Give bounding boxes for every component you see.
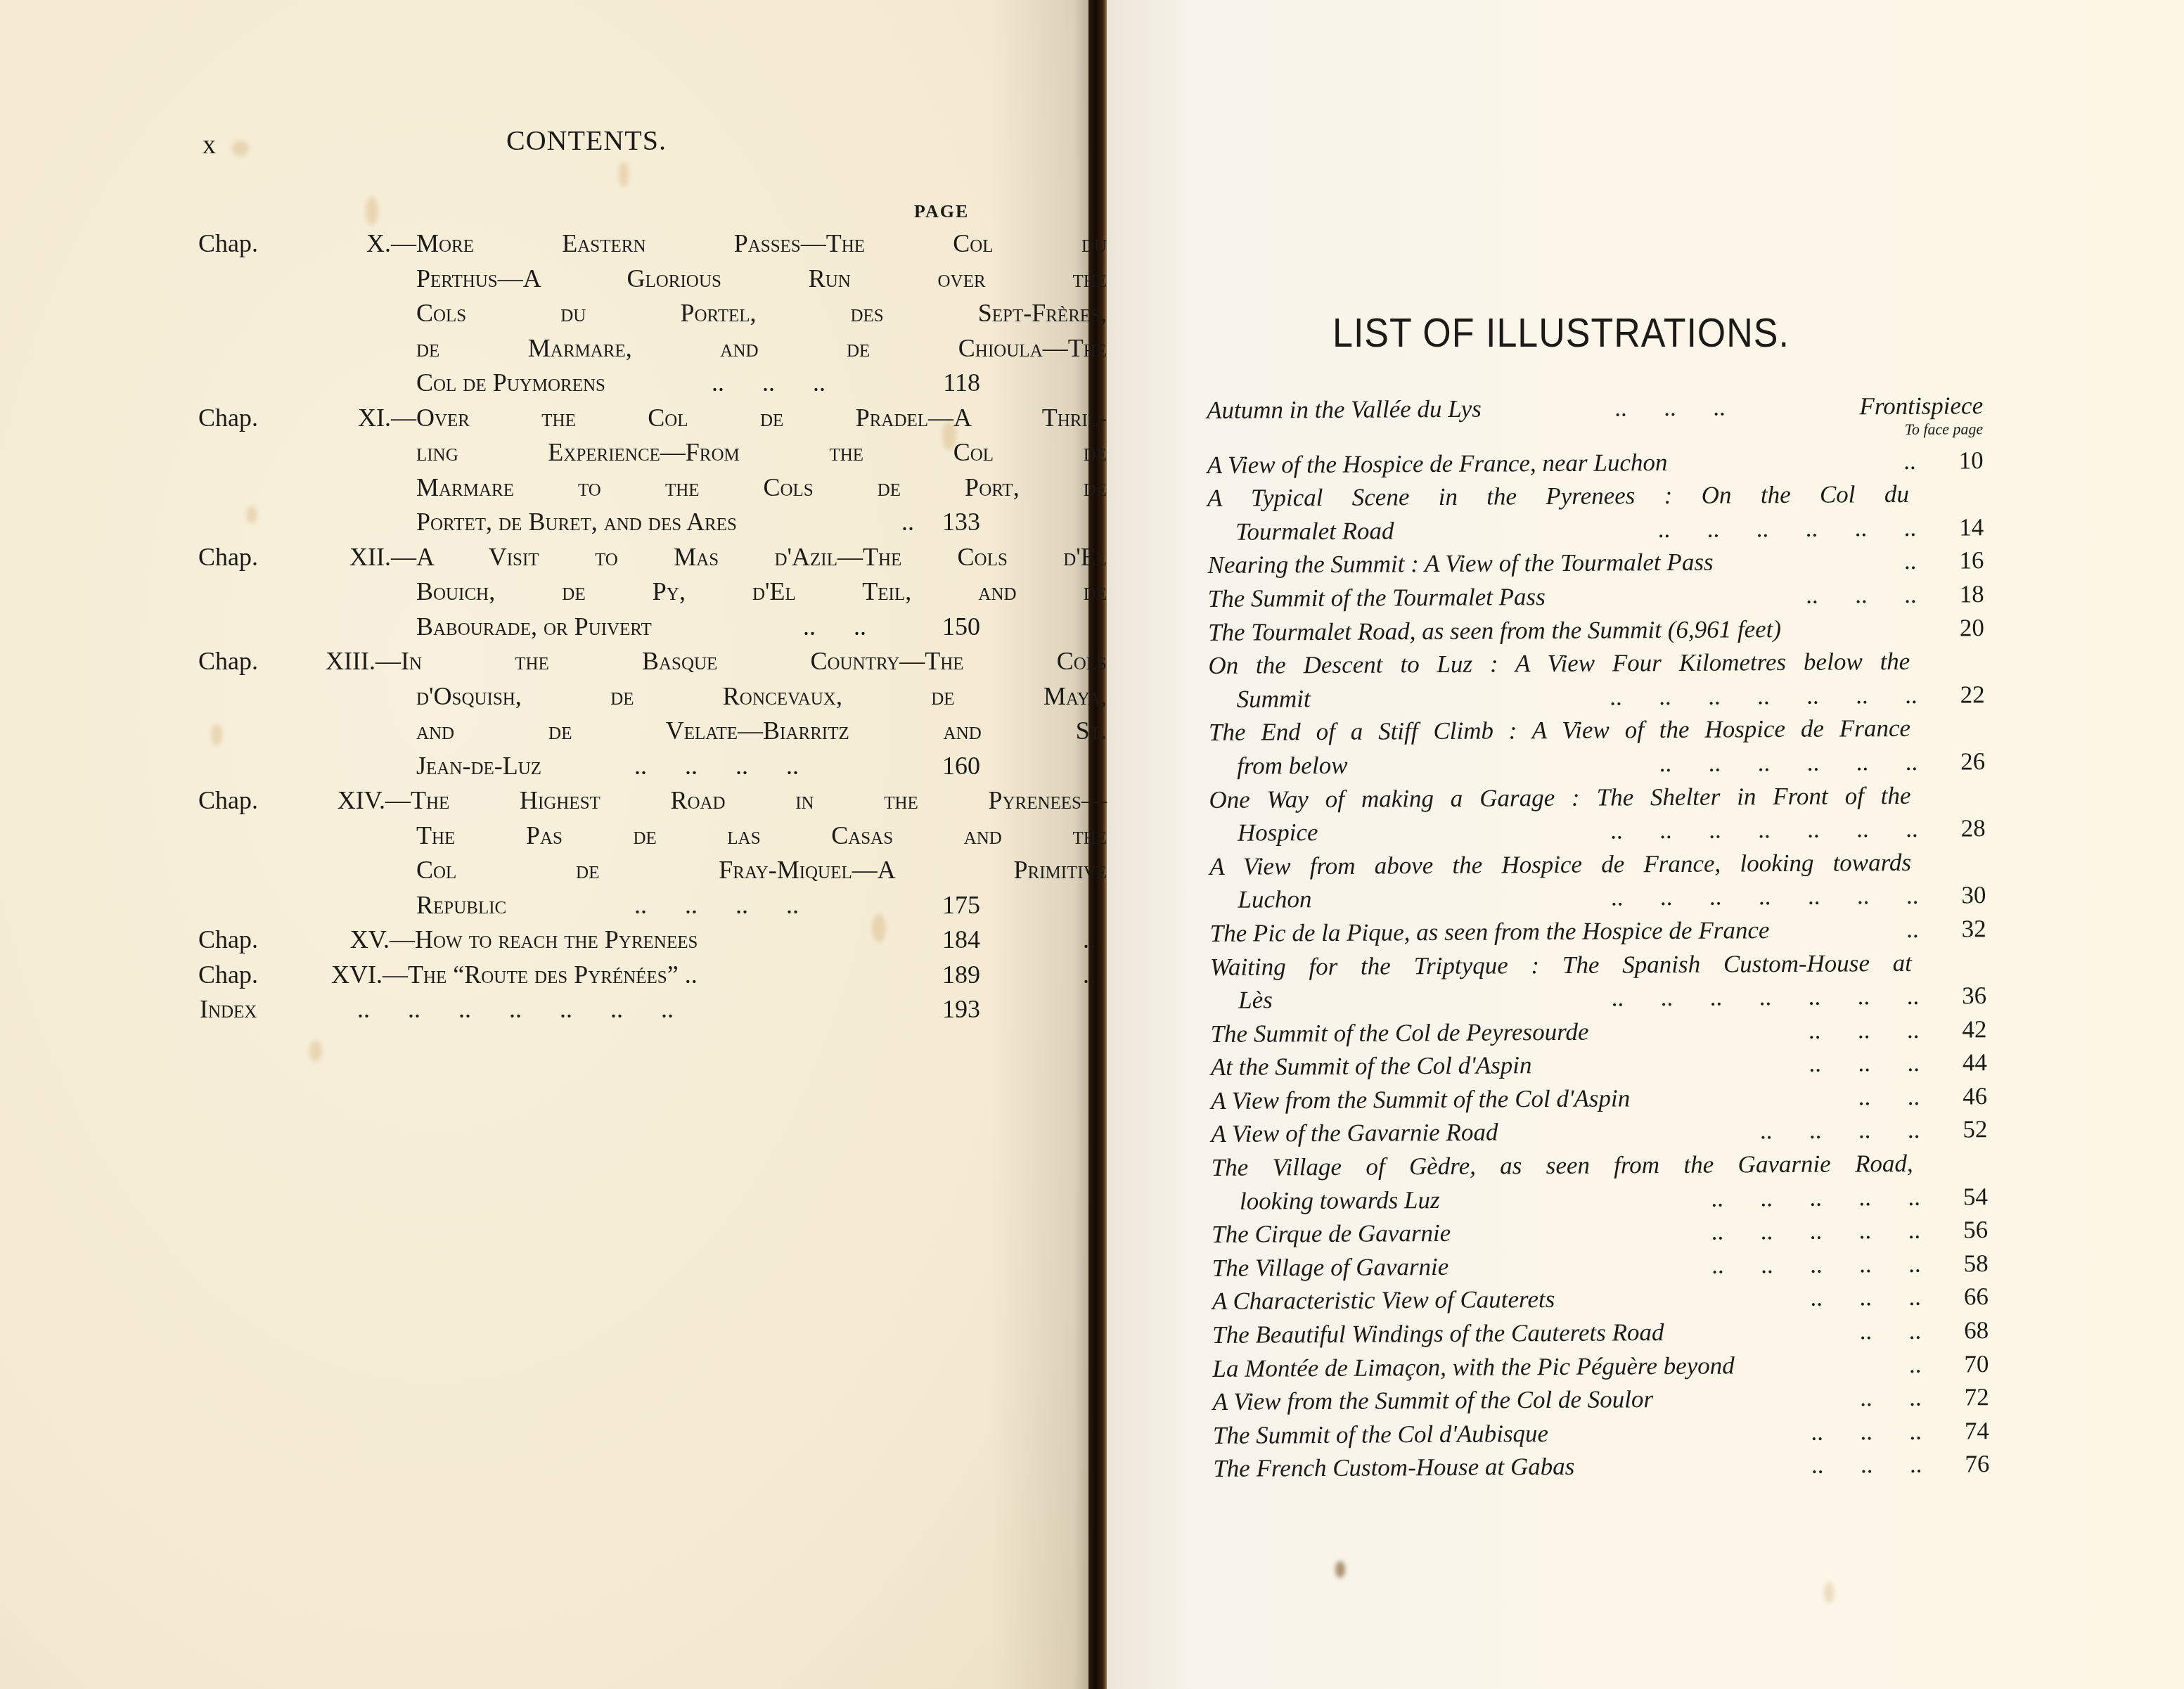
illustration-title: A View from the Summit of the Col d'Aspi… xyxy=(1211,1081,1630,1117)
illustration-title: looking towards Luz xyxy=(1240,1183,1440,1218)
dot-leader: .. .. xyxy=(1860,1314,1922,1348)
illustration-entry[interactable]: A View from the Summit of the Col de Sou… xyxy=(1213,1380,1989,1418)
illustration-title: Lès xyxy=(1238,984,1273,1017)
page-number: 14 xyxy=(1920,510,1984,544)
page-number: 26 xyxy=(1922,745,1985,778)
illustration-entry[interactable]: The Beautiful Windings of the Cauterets … xyxy=(1212,1314,1989,1351)
toc-entry-chapter-xiii[interactable]: Chap. XIII. —In the Basque Country—The C… xyxy=(198,644,980,783)
chapter-label: Chap. xyxy=(198,644,258,679)
illustration-title: The French Custom-House at Gabas xyxy=(1213,1450,1574,1486)
dot-leader: .. .. .. .. xyxy=(1760,1113,1920,1148)
chapter-title-line: —The “Route des Pyrénées” .. xyxy=(383,958,698,993)
dot-leader: .. .. .. xyxy=(1809,1013,1920,1048)
page-number: 10 xyxy=(1920,444,1983,477)
dot-leader: .. .. .. .. .. xyxy=(1711,1247,1921,1282)
foxing-spot xyxy=(1335,1561,1345,1578)
chapter-title-line: ling Experience—From the Col de xyxy=(416,435,1107,470)
chapter-title-line: and de Velate—Biarritz and St. xyxy=(416,714,1107,749)
page-number: 30 xyxy=(1922,879,1986,913)
page-number: 36 xyxy=(1923,979,1986,1013)
page-number: 22 xyxy=(1921,678,1984,712)
dot-leader: .. .. .. xyxy=(712,366,826,401)
illustration-entry[interactable]: The Summit of the Col de Peyresourde.. .… xyxy=(1210,1013,1986,1051)
illustration-entry[interactable]: A View of the Hospice de France, near Lu… xyxy=(1207,444,1983,482)
illustrations-list: Autumn in the Vallée du Lys .. .. .. Fro… xyxy=(1207,389,1989,1486)
dot-leader: .. .. .. .. .. .. .. xyxy=(1611,879,1919,914)
illustration-entry[interactable]: The End of a Stiff Climb : A View of the… xyxy=(1209,712,1986,783)
page-number: 193 xyxy=(924,992,980,1027)
page-number: 175 xyxy=(924,888,980,923)
illustration-entry[interactable]: The French Custom-House at Gabas.. .. ..… xyxy=(1213,1448,1989,1486)
chapter-label: Chap. xyxy=(198,783,258,818)
toc-entry-chapter-xi[interactable]: Chap. XI. —Over the Col de Pradel—A Thri… xyxy=(198,401,980,540)
chapter-title-line: —In the Basque Country—The Cols xyxy=(375,644,1107,679)
illustration-title: On the Descent to Luz : A View Four Kilo… xyxy=(1208,645,1910,683)
page-number: 70 xyxy=(1925,1347,1989,1381)
dot-leader: .. .. .. xyxy=(1806,578,1917,612)
page-number: 20 xyxy=(1921,611,1984,645)
dot-leader: .. .. .. xyxy=(1809,1046,1920,1081)
page-number: 18 xyxy=(1921,577,1984,611)
illustration-title: The Beautiful Windings of the Cauterets … xyxy=(1212,1316,1664,1352)
illustration-entry[interactable]: The Summit of the Col d'Aubisque.. .. ..… xyxy=(1213,1414,1989,1452)
page-number-folio: x xyxy=(203,129,216,160)
dot-leader: .. .. .. xyxy=(1811,1448,1922,1482)
illustration-title: The Pic de la Pique, as seen from the Ho… xyxy=(1210,913,1770,950)
dot-leader: .. xyxy=(901,505,914,540)
dot-leader: .. .. .. .. .. .. .. xyxy=(1610,679,1918,714)
chapter-title-line: —The Highest Road in the Pyrenees— xyxy=(385,783,1107,818)
dot-leader: .. .. .. .. xyxy=(634,888,799,923)
illustration-entry[interactable]: At the Summit of the Col d'Aspin.. .. ..… xyxy=(1211,1046,1987,1084)
page-number: 189 xyxy=(924,958,980,993)
illustration-entry[interactable]: A Typical Scene in the Pyrenees : On the… xyxy=(1207,477,1984,548)
dot-leader: .. .. xyxy=(1860,1381,1922,1415)
foxing-spot xyxy=(366,197,378,225)
dot-leader: .. .. .. .. .. .. xyxy=(1658,511,1917,546)
chapter-number: XV. xyxy=(297,923,390,958)
illustration-entry[interactable]: The Village of Gèdre, as seen from the G… xyxy=(1212,1146,1989,1218)
page-number: 160 xyxy=(924,749,980,784)
illustration-entry[interactable]: A Characteristic View of Cauterets.. .. … xyxy=(1212,1280,1989,1318)
chapter-title-line: The Pas de las Casas and the xyxy=(416,818,1107,854)
chapter-title-line: Bouich, de Py, d'El Teil, and de xyxy=(416,574,1107,610)
illustration-title: from below xyxy=(1237,749,1347,783)
page-number: 58 xyxy=(1925,1247,1988,1280)
dot-leader: .. xyxy=(1904,544,1917,578)
chapter-title-line: Col de Puymorens xyxy=(416,366,605,401)
illustration-entry[interactable]: A View of the Gavarnie Road.. .. .. ..52 xyxy=(1211,1113,1987,1151)
page-number: 184 xyxy=(924,923,980,958)
chapter-title-line: Marmare to the Cols de Port, de xyxy=(416,470,1107,506)
chapter-title-line: Cols du Portel, des Sept-Frères, xyxy=(416,296,1107,331)
illustration-title: The Tourmalet Road, as seen from the Sum… xyxy=(1208,612,1781,650)
illustration-title: The Cirque de Gavarnie xyxy=(1212,1216,1451,1252)
dot-leader: .. .. .. .. xyxy=(634,749,799,784)
illustration-entry[interactable]: The Village of Gavarnie.. .. .. .. ..58 xyxy=(1212,1247,1988,1285)
chapter-title-line: de Marmare, and de Chioula—The xyxy=(416,331,1107,366)
to-face-page-label: To face page xyxy=(1905,418,1984,440)
dot-leader: .. .. .. .. .. .. .. xyxy=(1612,980,1920,1015)
illustration-title: The End of a Stiff Climb : A View of the… xyxy=(1209,712,1910,750)
dot-leader: .. .. .. xyxy=(1811,1415,1922,1449)
illustration-entry[interactable]: The Pic de la Pique, as seen from the Ho… xyxy=(1210,912,1986,950)
dot-leader: .. .. .. .. .. xyxy=(1711,1180,1920,1214)
illustration-entry[interactable]: A View from above the Hospice de France,… xyxy=(1209,845,1986,917)
illustration-title: At the Summit of the Col d'Aspin xyxy=(1211,1048,1532,1084)
illustration-title: A View from above the Hospice de France,… xyxy=(1209,846,1911,884)
toc-entry-chapter-x[interactable]: Chap. X. —More Eastern Passes—The Col du… xyxy=(198,226,980,401)
chapter-label: Chap. xyxy=(198,923,258,958)
illustration-title: Summit xyxy=(1237,682,1311,716)
chapter-title-line: Republic xyxy=(416,888,506,923)
chapter-title-line: Portet, de Buret, and des Ares xyxy=(416,505,737,540)
chapter-title-line: Perthus—A Glorious Run over the xyxy=(416,262,1107,297)
toc-entry-chapter-xv[interactable]: Chap. XV. —How to reach the Pyrenees .. … xyxy=(198,923,980,958)
toc-entry-chapter-xiv[interactable]: Chap. XIV. —The Highest Road in the Pyre… xyxy=(198,783,980,923)
dot-leader: .. .. .. .. .. xyxy=(1711,1214,1921,1248)
chapter-title-line: —Over the Col de Pradel—A Thril- xyxy=(391,401,1107,436)
chapter-title-line: Jean-de-Luz xyxy=(416,749,541,784)
page-number: 54 xyxy=(1925,1180,1988,1214)
chapter-number: XVI. xyxy=(290,958,383,993)
illustration-title: Hospice xyxy=(1238,816,1318,849)
illustration-entry[interactable]: Waiting for the Triptyque : The Spanish … xyxy=(1210,946,1987,1017)
page-number: 66 xyxy=(1925,1280,1989,1314)
toc-entry-index[interactable]: Index .. .. .. .. .. .. .. 193 xyxy=(198,992,980,1027)
dot-leader: .. .. .. xyxy=(1810,1280,1921,1315)
illustration-title: A View from the Summit of the Col de Sou… xyxy=(1213,1382,1654,1418)
page-number: 52 xyxy=(1924,1113,1987,1147)
chapter-title-line: —More Eastern Passes—The Col du xyxy=(391,226,1107,262)
illustration-entry[interactable]: One Way of making a Garage : The Shelter… xyxy=(1209,778,1986,850)
illustration-title: The Summit of the Col d'Aubisque xyxy=(1213,1417,1548,1453)
illustration-title: A View of the Gavarnie Road xyxy=(1211,1116,1498,1151)
page-number: 46 xyxy=(1924,1079,1987,1113)
illustration-entry[interactable]: La Montée de Limaçon, with the Pic Péguè… xyxy=(1212,1347,1989,1385)
page-number: 74 xyxy=(1926,1414,1989,1448)
frontispiece-entry[interactable]: Autumn in the Vallée du Lys .. .. .. Fro… xyxy=(1207,389,1983,427)
illustration-entry[interactable]: The Summit of the Tourmalet Pass.. .. ..… xyxy=(1208,577,1984,615)
illustration-title: Luchon xyxy=(1238,882,1311,916)
chapter-title-line: —A Visit to Mas d'Azil—The Cols d'El xyxy=(391,540,1107,575)
chapter-label: Chap. xyxy=(198,958,258,993)
page-number: 76 xyxy=(1926,1448,1989,1482)
chapter-number: XIV. xyxy=(290,783,385,818)
foxing-spot xyxy=(232,141,249,156)
page-number: 56 xyxy=(1925,1213,1988,1247)
dot-leader: .. xyxy=(1903,444,1916,477)
page-number: 72 xyxy=(1926,1380,1989,1414)
illustration-title: A Characteristic View of Cauterets xyxy=(1212,1283,1555,1318)
illustration-title: The Village of Gavarnie xyxy=(1212,1250,1448,1285)
table-of-contents: Chap. X. —More Eastern Passes—The Col du… xyxy=(198,226,980,1027)
illustration-title: Tourmalet Road xyxy=(1235,514,1394,548)
dot-leader: .. .. .. .. .. .. .. xyxy=(357,992,674,1027)
chapter-number: XIII. xyxy=(283,644,375,679)
chapter-label: Chap. xyxy=(198,540,258,575)
toc-entry-chapter-xvi[interactable]: Chap. XVI. —The “Route des Pyrénées” .. … xyxy=(198,958,980,993)
page-number: 68 xyxy=(1925,1314,1989,1347)
dot-leader: .. xyxy=(1909,1347,1922,1381)
illustration-entry[interactable]: On the Descent to Luz : A View Four Kilo… xyxy=(1208,644,1985,716)
page-number: 42 xyxy=(1923,1013,1986,1046)
list-of-illustrations-heading: LIST OF ILLUSTRATIONS. xyxy=(1332,309,1790,357)
chapter-number: XII. xyxy=(290,540,391,575)
page-number: 16 xyxy=(1920,544,1984,578)
illustration-title: The Village of Gèdre, as seen from the G… xyxy=(1212,1147,1913,1185)
dot-leader: .. xyxy=(1083,958,1096,993)
dot-leader: .. .. .. .. .. .. .. xyxy=(1610,812,1918,847)
dot-leader: .. xyxy=(1906,913,1919,946)
illustration-entry[interactable]: The Cirque de Gavarnie.. .. .. .. ..56 xyxy=(1212,1213,1988,1251)
page-number: 32 xyxy=(1923,912,1986,946)
dot-leader: .. xyxy=(1083,923,1096,958)
foxing-spot xyxy=(1824,1582,1834,1603)
dot-leader: .. .. xyxy=(1858,1080,1920,1114)
toc-entry-chapter-xii[interactable]: Chap. XII. —A Visit to Mas d'Azil—The Co… xyxy=(198,540,980,645)
page-number: 44 xyxy=(1924,1046,1987,1080)
dot-leader: .. .. xyxy=(803,610,866,645)
illustration-title: Waiting for the Triptyque : The Spanish … xyxy=(1210,946,1912,984)
page-column-label: PAGE xyxy=(914,201,969,222)
dot-leader: .. .. .. xyxy=(1614,390,1726,425)
illustration-entry[interactable]: The Tourmalet Road, as seen from the Sum… xyxy=(1208,611,1984,649)
chapter-label: Chap. xyxy=(198,226,258,262)
chapter-label: Chap. xyxy=(198,401,258,436)
index-label: Index xyxy=(200,992,257,1027)
illustration-entry[interactable]: A View from the Summit of the Col d'Aspi… xyxy=(1211,1079,1987,1117)
chapter-number: X. xyxy=(318,226,391,262)
page-number: 150 xyxy=(924,610,980,645)
chapter-title-line: Babourade, or Puivert xyxy=(416,610,652,645)
illustration-entry[interactable]: Nearing the Summit : A View of the Tourm… xyxy=(1207,544,1984,582)
illustration-title: The Summit of the Tourmalet Pass xyxy=(1208,580,1546,616)
illustration-title: One Way of making a Garage : The Shelter… xyxy=(1209,778,1910,816)
illustration-title: Nearing the Summit : A View of the Tourm… xyxy=(1207,546,1713,582)
page-number: 133 xyxy=(924,505,980,540)
contents-heading: CONTENTS. xyxy=(506,124,667,157)
dot-leader: .. .. .. .. .. .. xyxy=(1659,745,1918,781)
illustration-title: A View of the Hospice de France, near Lu… xyxy=(1207,446,1667,482)
chapter-title-line: Col de Fray-Miquel—A Primitive xyxy=(416,853,1107,888)
foxing-spot xyxy=(309,1041,322,1062)
chapter-title-line: d'Osquish, de Roncevaux, de Maya, xyxy=(416,679,1107,714)
illustration-title: A Typical Scene in the Pyrenees : On the… xyxy=(1207,477,1909,515)
page-number: 118 xyxy=(924,366,980,401)
illustration-title: Autumn in the Vallée du Lys xyxy=(1207,392,1482,428)
foxing-spot xyxy=(619,162,629,187)
chapter-title-line: —How to reach the Pyrenees xyxy=(390,923,698,958)
illustration-title: The Summit of the Col de Peyresourde xyxy=(1210,1015,1588,1051)
chapter-number: XI. xyxy=(304,401,391,436)
page-number: 28 xyxy=(1922,811,1986,845)
illustration-title: La Montée de Limaçon, with the Pic Péguè… xyxy=(1212,1349,1735,1385)
